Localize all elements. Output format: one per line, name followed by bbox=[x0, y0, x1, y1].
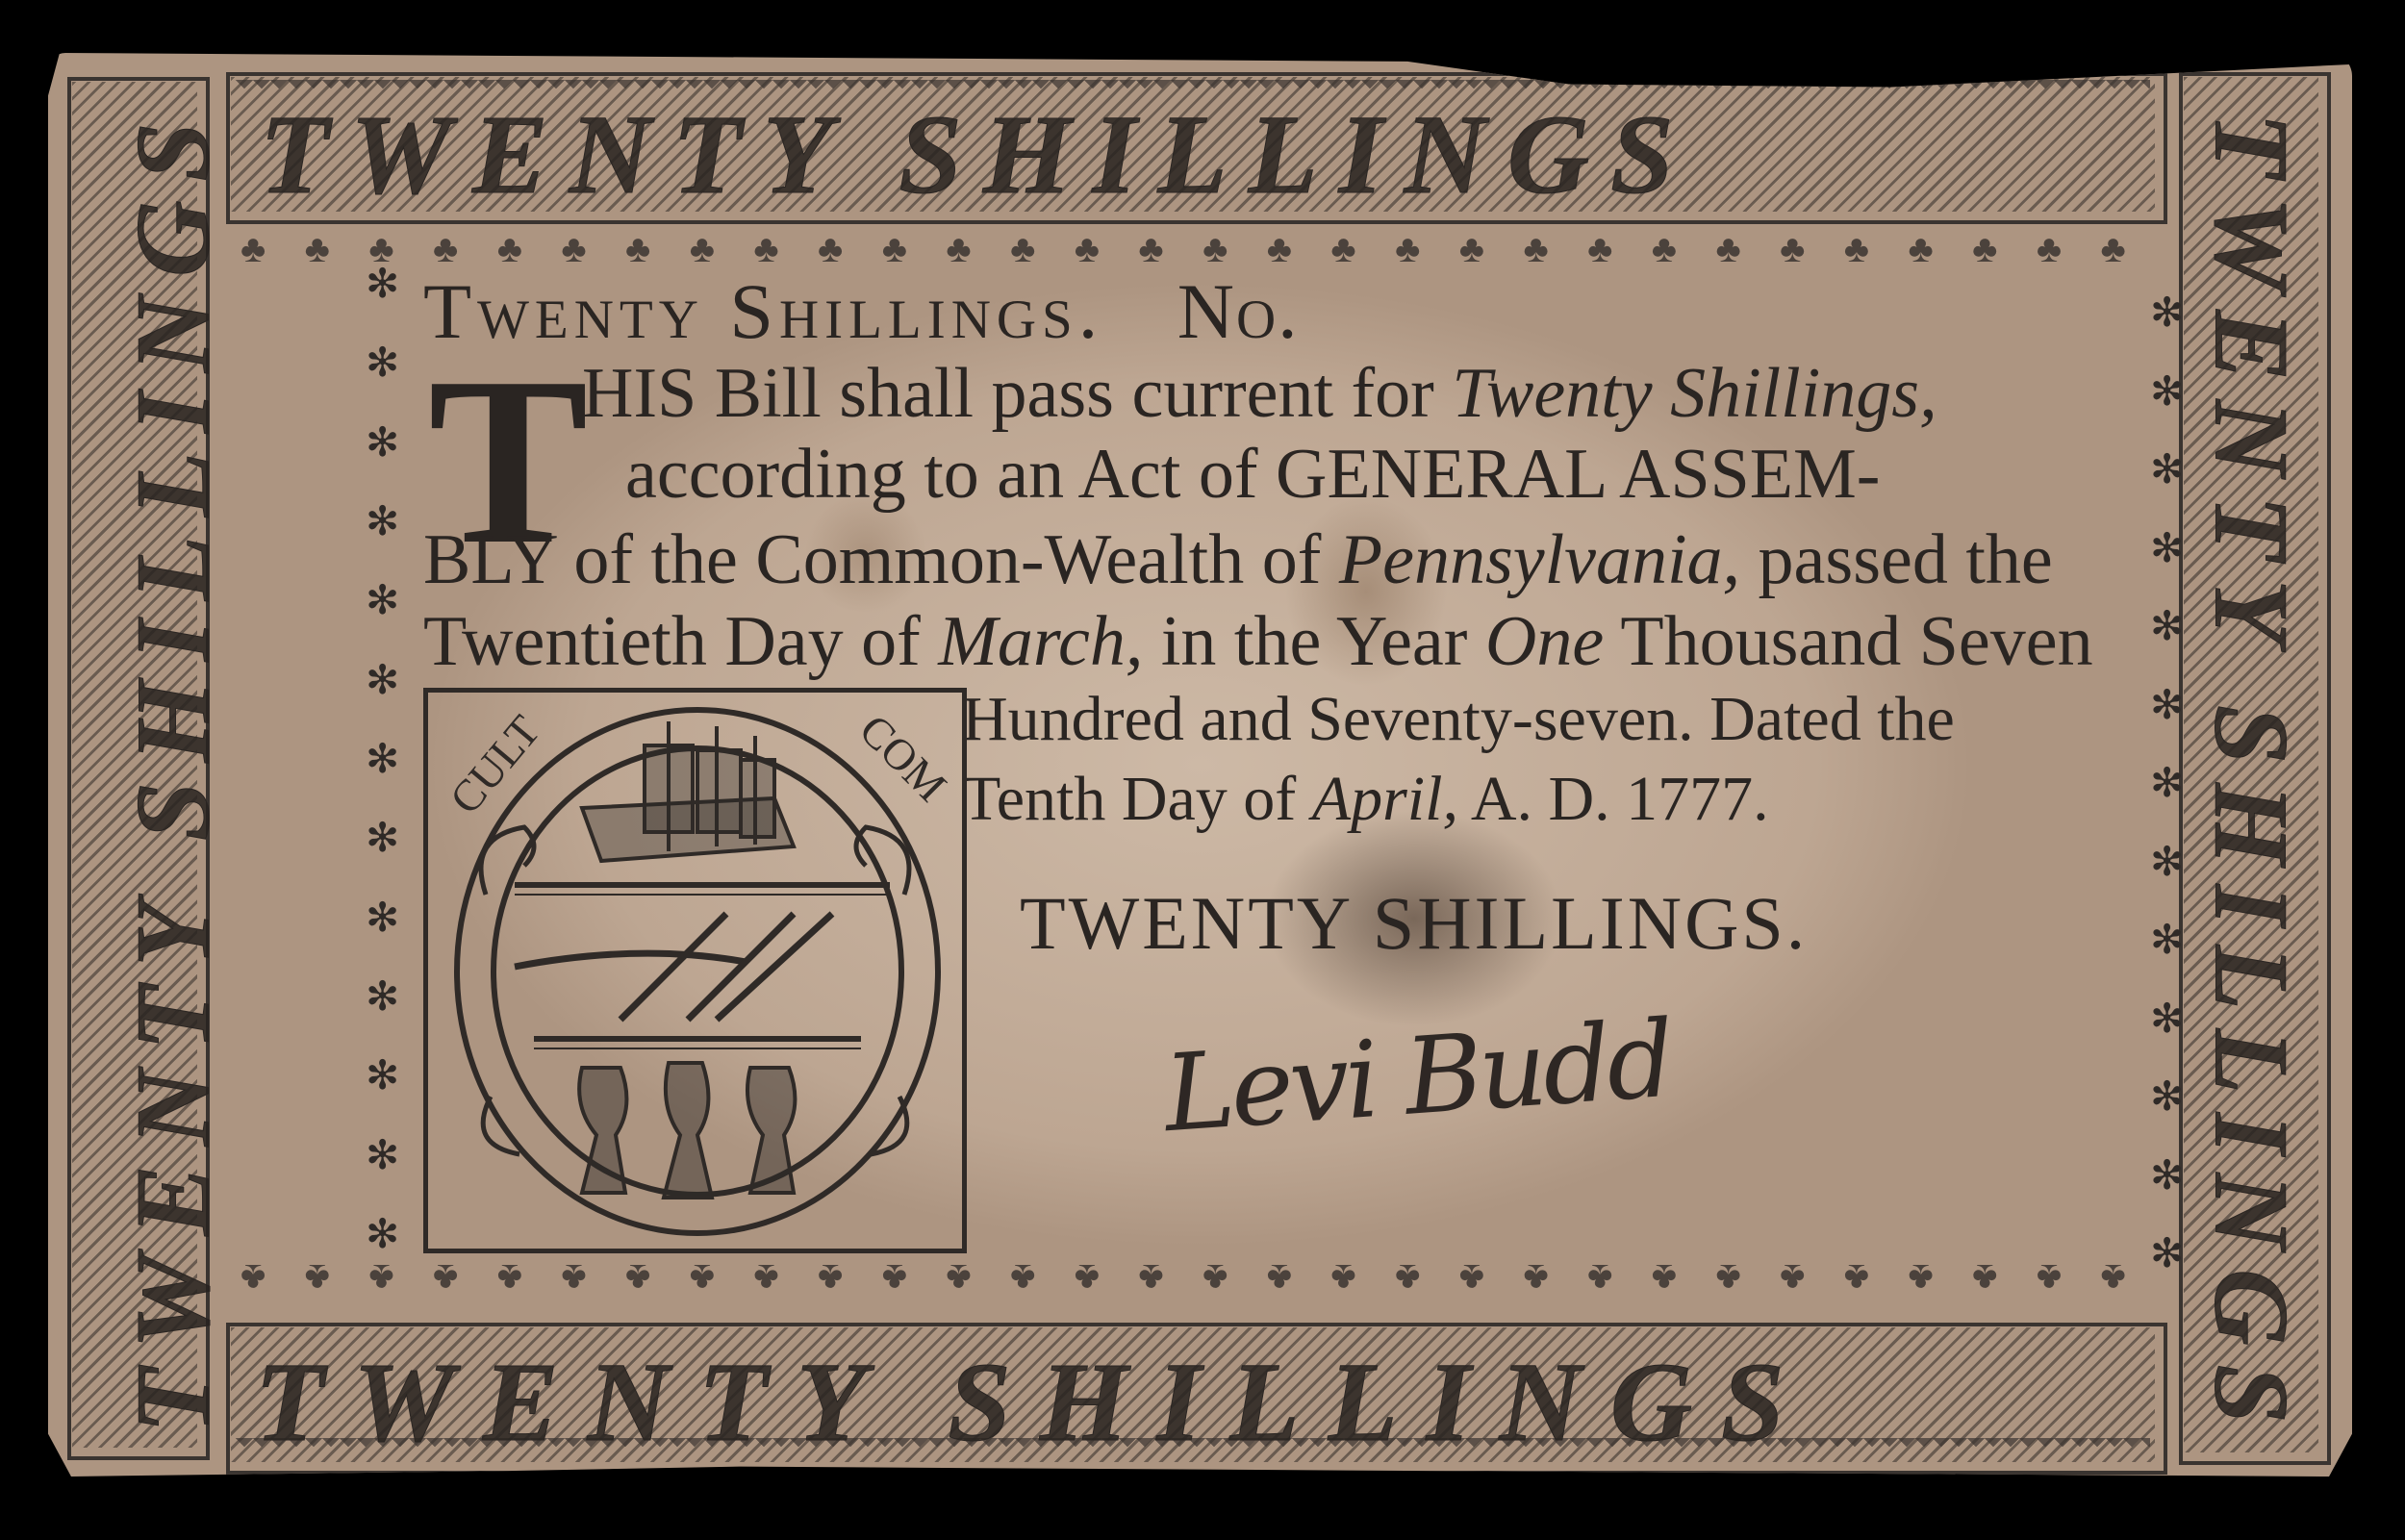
wheat-sheaf-icon bbox=[579, 1063, 795, 1198]
seal-text-right: COM bbox=[850, 705, 956, 811]
border-text-left: TWENTY SHILLINGS bbox=[113, 95, 235, 1442]
serial-number-label: No. bbox=[1177, 267, 1300, 355]
body-line: Twentieth Day of March, in the Year One … bbox=[423, 601, 2093, 683]
body-text-fragment: Pennsylvania, bbox=[1339, 520, 1740, 599]
body-text-fragment: March, bbox=[938, 602, 1143, 681]
denomination-text: TWENTY SHILLINGS. bbox=[1020, 880, 1808, 967]
body-text-fragment: Tenth Day of bbox=[962, 764, 1312, 834]
body-text-fragment: passed the bbox=[1740, 520, 2053, 599]
right-star-column: ✻✻✻✻✻✻✻✻✻✻✻✻✻ bbox=[2150, 293, 2184, 1275]
body-line: HIS Bill shall pass current for Twenty S… bbox=[582, 353, 1937, 435]
border-text-top: TWENTY SHILLINGS bbox=[260, 89, 1695, 220]
body-text-fragment: Thousand Seven bbox=[1604, 602, 2092, 681]
body-line: Tenth Day of April, A. D. 1777. bbox=[962, 763, 1769, 836]
left-star-column: ✻✻✻✻✻✻✻✻✻✻✻✻✻ bbox=[366, 265, 399, 1255]
signature: Levi Budd bbox=[1160, 997, 1675, 1155]
body-text-fragment: April, bbox=[1312, 764, 1458, 834]
border-text-right: TWENTY SHILLINGS bbox=[2190, 105, 2313, 1452]
pennsylvania-seal: CULT COM bbox=[423, 688, 967, 1253]
top-ornament-row: ♣♣♣♣♣♣♣♣♣♣♣♣♣♣♣♣♣♣♣♣♣♣♣♣♣♣♣♣♣♣ bbox=[240, 226, 2126, 271]
ship-icon bbox=[582, 721, 794, 861]
body-text-fragment: One bbox=[1485, 602, 1604, 681]
body-line: Hundred and Seventy-seven. Dated the bbox=[962, 683, 1955, 756]
border-text-bottom: TWENTY SHILLINGS bbox=[255, 1337, 1813, 1468]
seal-text-left: CULT bbox=[441, 706, 550, 823]
body-text-fragment: A. D. 1777. bbox=[1458, 764, 1769, 834]
body-text-fragment: in the Year bbox=[1143, 602, 1485, 681]
body-line: BLY of the Common-Wealth of Pennsylvania… bbox=[423, 519, 2053, 601]
bottom-ornament-row: ♣♣♣♣♣♣♣♣♣♣♣♣♣♣♣♣♣♣♣♣♣♣♣♣♣♣♣♣♣♣ bbox=[240, 1255, 2126, 1300]
body-text-fragment: according to an Act of GENERAL ASSEM- bbox=[625, 435, 1880, 514]
banknote: TWENTY SHILLINGS TWENTY SHILLINGS TWENTY… bbox=[48, 53, 2352, 1477]
body-line: according to an Act of GENERAL ASSEM- bbox=[625, 434, 1880, 516]
body-text-fragment: BLY of the Common-Wealth of bbox=[423, 520, 1339, 599]
body-text-fragment: HIS Bill shall pass current for bbox=[582, 354, 1452, 433]
body-text-fragment: Twenty Shillings, bbox=[1452, 354, 1937, 433]
body-text-fragment: Twentieth Day of bbox=[423, 602, 938, 681]
body-text-fragment: Hundred and Seventy-seven. Dated the bbox=[962, 684, 1955, 754]
plough-icon bbox=[515, 914, 832, 1020]
